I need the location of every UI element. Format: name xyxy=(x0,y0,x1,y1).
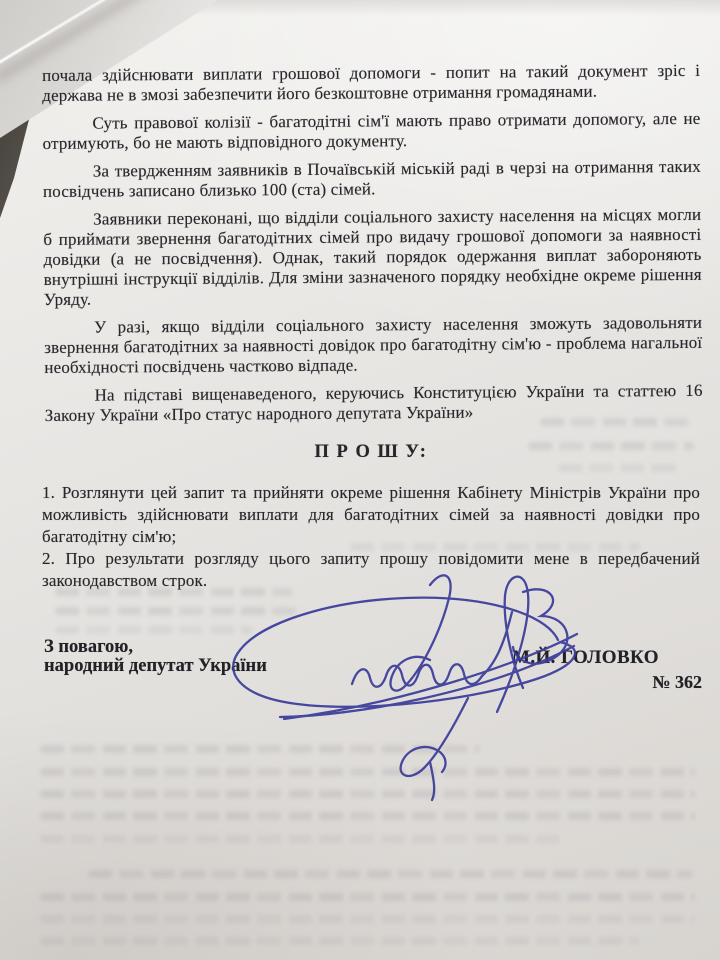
document-photo: почала здійснювати виплати грошової допо… xyxy=(0,0,720,960)
document-number: № 362 xyxy=(652,672,702,693)
deputy-title: народний депутат України xyxy=(44,656,267,677)
bleed-through-line xyxy=(40,893,695,901)
bleed-through-line xyxy=(55,607,305,615)
bleed-through-line xyxy=(558,464,678,472)
paragraph: За твердженням заявників в Почаївській м… xyxy=(43,157,701,202)
bleed-through-line xyxy=(40,745,480,753)
paragraph: почала здійснювати виплати грошової допо… xyxy=(42,61,700,106)
paragraph: На підставі вищенаведеного, керуючись Ко… xyxy=(45,381,703,426)
paragraph: У разі, якщо відділи соціального захисту… xyxy=(44,313,702,378)
bleed-through-line xyxy=(40,768,695,776)
request-heading: П Р О Ш У: xyxy=(42,442,700,463)
closing-salutation: З повагою, xyxy=(44,637,133,658)
letter-body: почала здійснювати виплати грошової допо… xyxy=(42,61,703,434)
deputy-name: М.Й. ГОЛОВКО xyxy=(512,647,659,669)
bleed-through-line xyxy=(40,915,695,923)
bleed-through-line xyxy=(88,870,693,878)
request-item: 1. Розглянути цей запит та прийняти окре… xyxy=(42,482,700,548)
bleed-through-line xyxy=(55,626,253,634)
bleed-through-line xyxy=(40,835,560,843)
bleed-through-line xyxy=(40,937,640,945)
paragraph: Заявники переконані, що відділи соціальн… xyxy=(43,205,702,310)
bleed-through-line xyxy=(40,812,695,820)
request-items: 1. Розглянути цей запит та прийняти окре… xyxy=(42,482,700,592)
request-item: 2. Про результати розгляду цього запиту … xyxy=(42,548,700,592)
bleed-through-line xyxy=(40,790,695,798)
paragraph: Суть правової колізії - багатодітні сім'… xyxy=(42,109,700,154)
